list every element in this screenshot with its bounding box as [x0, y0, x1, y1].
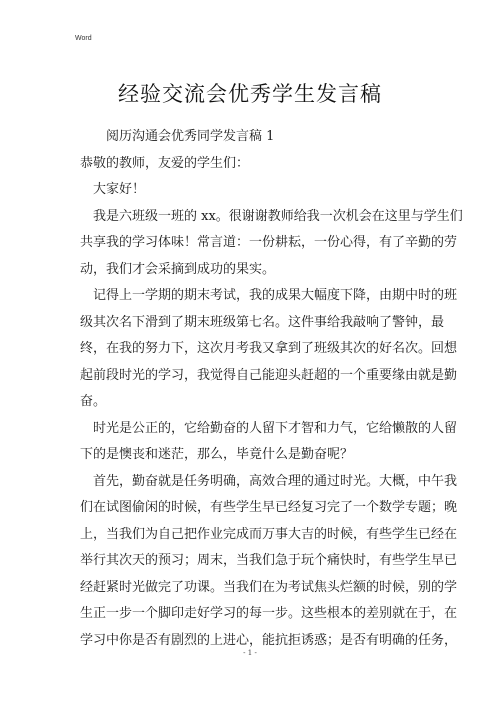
paragraph-line: 奋。 — [80, 389, 425, 416]
greeting-line: 恭敬的教师，友爱的学生们： — [80, 151, 425, 178]
subtitle-line: 阅历沟通会优秀同学发言稿 1 — [80, 124, 425, 151]
paragraph-line: 我是六班级一班的 xx。很谢谢教师给我一次机会在这里与学生们 — [80, 204, 425, 231]
paragraph-line: 共享我的学习体味！常言道：一份耕耘，一份心得，有了辛勤的劳 — [80, 230, 425, 257]
paragraph-line: 首先，勤奋就是任务明确，高效合理的通过时光。大概，中午我 — [80, 469, 425, 496]
paragraph-line: 时光是公正的，它给勤奋的人留下才智和力气，它给懒散的人留 — [80, 416, 425, 443]
page-number: - 1 - — [0, 649, 500, 657]
paragraph-line: 记得上一学期的期末考试，我的成果大幅度下降，由期中时的班 — [80, 283, 425, 310]
document-body: 阅历沟通会优秀同学发言稿 1 恭敬的教师，友爱的学生们： 大家好！ 我是六班级一… — [80, 124, 425, 654]
paragraph-line: 生正一步一个脚印走好学习的每一步。这些根本的差别就在于，在 — [80, 601, 425, 628]
paragraph-line: 下的是懊丧和迷茫，那么，毕竟什么是勤奋呢？ — [80, 442, 425, 469]
paragraph-line: 上，当我们为自己把作业完成而万事大吉的时候，有些学生已经在 — [80, 522, 425, 549]
paragraph-line: 动，我们才会采摘到成功的果实。 — [80, 257, 425, 284]
paragraph-line: 起前段时光的学习，我觉得自己能迎头赶超的一个重要缘由就是勤 — [80, 363, 425, 390]
paragraph-line: 经赶紧时光做完了功课。当我们在为考试焦头烂额的时候，别的学 — [80, 575, 425, 602]
paragraph-line: 级其次名下滑到了期末班级第七名。这件事给我敲响了警钟，最 — [80, 310, 425, 337]
document-title: 经验交流会优秀学生发言稿 — [0, 78, 500, 108]
paragraph-line: 们在试图偷闲的时候，有些学生早已经复习完了一个数学专题；晚 — [80, 495, 425, 522]
app-label: Word — [75, 35, 92, 42]
paragraph-line: 终，在我的努力下，这次月考我又拿到了班级其次的好名次。回想 — [80, 336, 425, 363]
paragraph-line: 举行其次天的预习；周末，当我们急于玩个痛快时，有些学生早已 — [80, 548, 425, 575]
hello-line: 大家好！ — [80, 177, 425, 204]
